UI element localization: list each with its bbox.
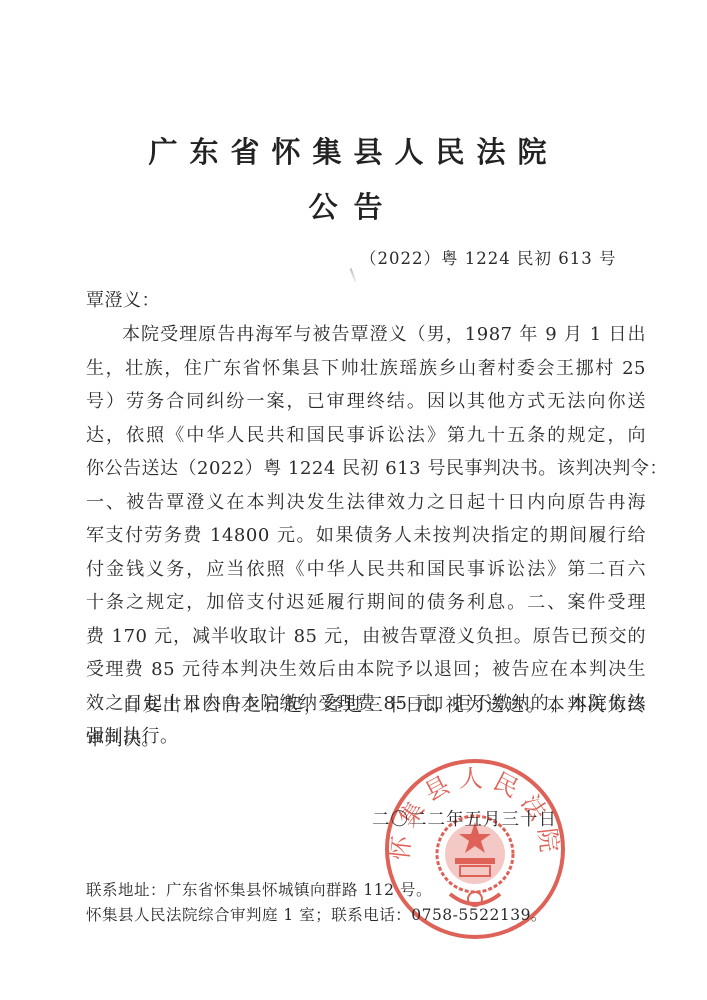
- document-type-title: 公告: [0, 185, 707, 226]
- paragraph-line: 费 170 元，减半收取计 85 元，由被告覃澄义负担。原告已预交的: [86, 620, 646, 654]
- paragraph-line: 号）劳务合同纠纷一案，已审理终结。因以其他方式无法向你送: [86, 385, 646, 419]
- paragraph-line: 一、被告覃澄义在本判决发生法律效力之日起十日内向原告冉海: [86, 486, 646, 520]
- issue-date: 二〇二二年五月三十日: [372, 806, 557, 831]
- paragraph-line: 受理费 85 元待本判决生效后由本院予以退回；被告应在本判决生: [86, 653, 646, 687]
- paragraph-line: 本院受理原告冉海军与被告覃澄义（男，1987 年 9 月 1 日出: [86, 318, 646, 352]
- paragraph-line: 军支付劳务费 14800 元。如果债务人未按判决指定的期间履行给: [86, 519, 646, 553]
- notice-page: 广东省怀集县人民法院 公告 （2022）粤 1224 民初 613 号 覃澄义：…: [0, 0, 707, 1000]
- case-number: （2022）粤 1224 民初 613 号: [360, 245, 616, 269]
- salutation-text: 覃澄义：: [86, 284, 646, 318]
- paragraph-service: 自发出本公告之日起，经过三十日即视为送达。本判决为终 审判决。: [86, 689, 646, 756]
- court-name-title: 广东省怀集县人民法院: [0, 130, 707, 171]
- contact-footer: 联系地址：广东省怀集县怀城镇向群路 112 号。 怀集县人民法院综合审判庭 1 …: [86, 878, 547, 928]
- contact-address: 联系地址：广东省怀集县怀城镇向群路 112 号。: [86, 878, 547, 903]
- paragraph-line: 付金钱义务，应当依照《中华人民共和国民事诉讼法》第二百六: [86, 553, 646, 587]
- paragraph-line: 达，依照《中华人民共和国民事诉讼法》第九十五条的规定，向: [86, 419, 646, 453]
- scan-artifact: [350, 268, 357, 282]
- contact-phone: 怀集县人民法院综合审判庭 1 室；联系电话：0758-5522139。: [86, 903, 547, 928]
- paragraph-line: 生，壮族，住广东省怀集县下帅壮族瑶族乡山奢村委会王挪村 25: [86, 352, 646, 386]
- salutation: 覃澄义：: [86, 284, 646, 318]
- paragraph-line: 你公告送达（2022）粤 1224 民初 613 号民事判决书。该判决判令：: [86, 452, 646, 486]
- paragraph-line: 自发出本公告之日起，经过三十日即视为送达。本判决为终: [86, 689, 646, 723]
- paragraph-line: 十条之规定，加倍支付迟延履行期间的债务利息。二、案件受理: [86, 586, 646, 620]
- paragraph-line: 审判决。: [86, 723, 646, 757]
